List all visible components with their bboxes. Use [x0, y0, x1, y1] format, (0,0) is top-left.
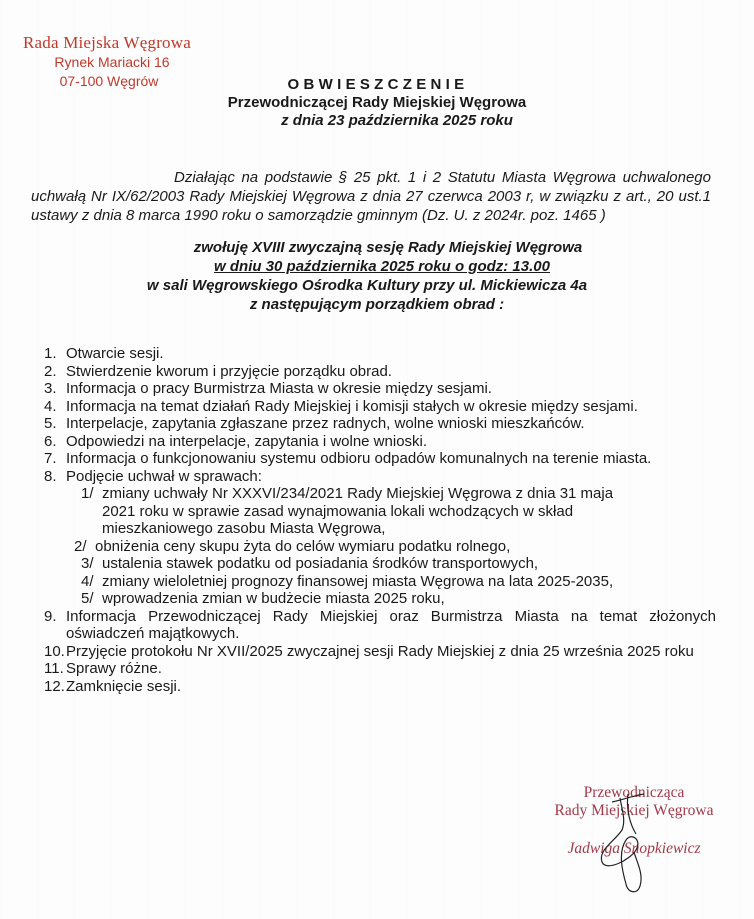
resolution-subitem: 5/wprowadzenia zmian w budżecie miasta 2…	[81, 590, 716, 608]
session-convene-line: zwołuję XVIII zwyczajną sesję Rady Miejs…	[22, 238, 754, 257]
stamp-street: Rynek Mariacki 16	[22, 53, 202, 72]
legal-basis-text: Działając na podstawie § 25 pkt. 1 i 2 S…	[31, 169, 711, 224]
agenda-item: 6.Odpowiedzi na interpelacje, zapytania …	[44, 433, 716, 451]
resolution-subitem: 1/zmiany uchwały Nr XXXVI/234/2021 Rady …	[81, 485, 716, 538]
session-date-line: w dniu 30 października 2025 roku o godz:…	[10, 257, 754, 276]
agenda-item: 9.Informacja Przewodniczącej Rady Miejsk…	[44, 608, 716, 643]
agenda-item: 4.Informacja na temat działań Rady Miejs…	[44, 398, 716, 416]
session-announcement: zwołuję XVIII zwyczajną sesję Rady Miejs…	[0, 238, 754, 314]
resolution-subitem: 2/obniżenia ceny skupu żyta do celów wym…	[74, 538, 716, 556]
agenda-item: 10.Przyjęcie protokołu Nr XVII/2025 zwyc…	[44, 643, 716, 661]
document-title: OBWIESZCZENIE	[2, 76, 754, 94]
document-date: z dnia 23 października 2025 roku	[40, 112, 754, 130]
handwritten-signature-icon	[592, 790, 662, 900]
agenda-item: 12.Zamknięcie sesji.	[44, 678, 716, 696]
agenda-item: 8.Podjęcie uchwał w sprawach:	[44, 468, 716, 486]
stamp-organization: Rada Miejska Węgrowa	[12, 33, 202, 53]
agenda-item: 7.Informacja o funkcjonowaniu systemu od…	[44, 450, 716, 468]
document-subtitle: Przewodniczącej Rady Miejskiej Węgrowa	[0, 94, 754, 112]
resolution-subitem: 4/zmiany wieloletniej prognozy finansowe…	[81, 573, 716, 591]
agenda-item: 11.Sprawy różne.	[44, 660, 716, 678]
session-venue-line: w sali Węgrowskiego Ośrodka Kultury przy…	[0, 276, 754, 295]
document-page: Rada Miejska Węgrowa Rynek Mariacki 16 0…	[0, 0, 754, 919]
agenda-item: 5.Interpelacje, zapytania zgłaszane prze…	[44, 415, 716, 433]
resolution-subitem: 3/ustalenia stawek podatku od posiadania…	[81, 555, 716, 573]
agenda-list: 1.Otwarcie sesji. 2.Stwierdzenie kworum …	[44, 345, 716, 695]
agenda-item: 2.Stwierdzenie kworum i przyjęcie porząd…	[44, 363, 716, 381]
agenda-intro-line: z następującym porządkiem obrad :	[0, 295, 754, 314]
agenda-item: 1.Otwarcie sesji.	[44, 345, 716, 363]
document-heading: OBWIESZCZENIE Przewodniczącej Rady Miejs…	[0, 76, 754, 130]
legal-basis-paragraph: Działając na podstawie § 25 pkt. 1 i 2 S…	[31, 168, 711, 225]
agenda-item: 3.Informacja o pracy Burmistrza Miasta w…	[44, 380, 716, 398]
